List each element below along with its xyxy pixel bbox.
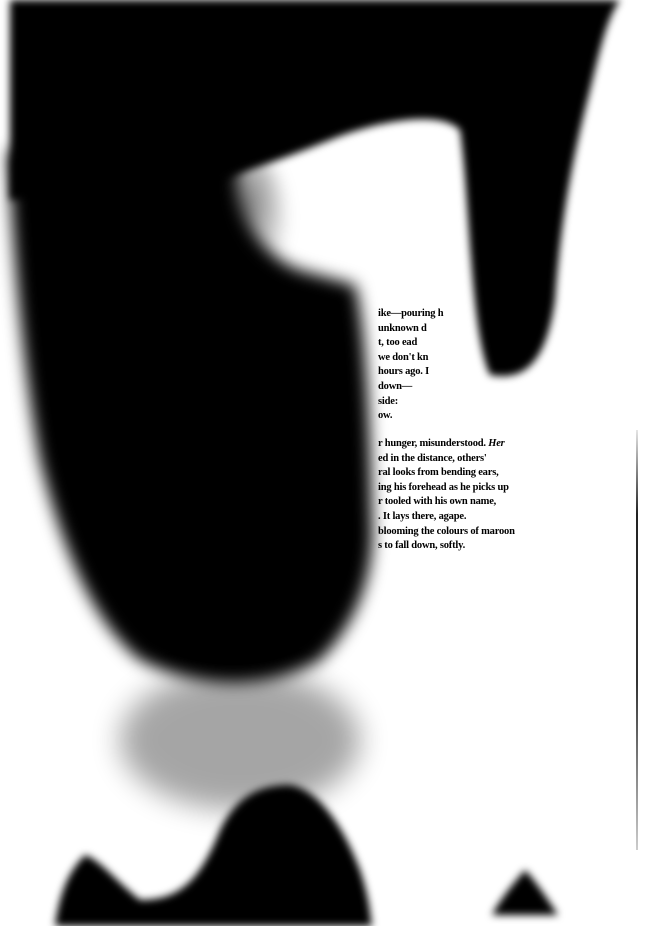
text-line: r hunger, misunderstood. Her <box>378 437 515 452</box>
text-line: side: <box>378 395 443 410</box>
text-line: t, too ead <box>378 336 443 351</box>
text-line: ike—pouring h <box>378 307 443 322</box>
text-line: . It lays there, agape. <box>378 510 515 525</box>
text-line: ed in the distance, others' <box>378 452 515 467</box>
italic-word: Her <box>488 438 504 449</box>
text-line: ral looks from bending ears, <box>378 466 515 481</box>
photocopy-shadow <box>0 0 656 926</box>
corner-shadow <box>492 870 558 915</box>
text-line: unknown d <box>378 322 443 337</box>
text-line: we don't kn <box>378 351 443 366</box>
top-shadow <box>10 0 620 376</box>
text-line: blooming the colours of maroon <box>378 525 515 540</box>
bottom-shadow <box>55 785 372 926</box>
paragraph-1: ike—pouring h unknown d t, too ead we do… <box>378 307 443 424</box>
left-shadow <box>8 150 372 683</box>
text-line: s to fall down, softly. <box>378 539 515 554</box>
page-edge <box>636 430 638 850</box>
text-line: down— <box>378 380 443 395</box>
text-line: r tooled with his own name, <box>378 495 515 510</box>
text-line: ing his forehead as he picks up <box>378 481 515 496</box>
text-line: hours ago. I <box>378 365 443 380</box>
paragraph-2: r hunger, misunderstood. Her ed in the d… <box>378 437 515 554</box>
text-line: ow. <box>378 409 443 424</box>
